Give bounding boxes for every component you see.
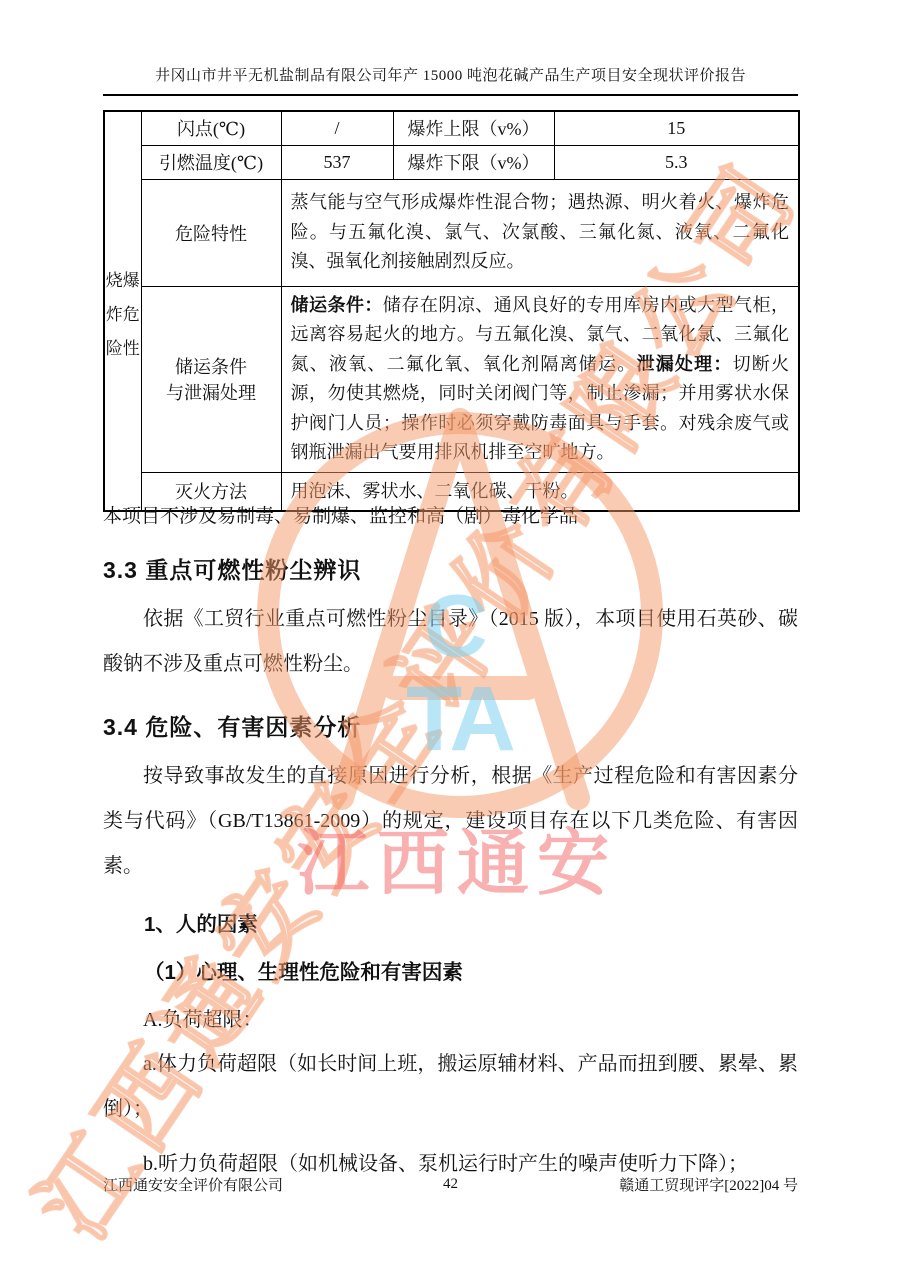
storage-bold-1: 储运条件： bbox=[291, 295, 383, 315]
flash-point-label: 闪点(℃) bbox=[141, 111, 281, 145]
ignition-temp-label: 引燃温度(℃) bbox=[141, 145, 281, 179]
storage-label: 储运条件 与泄漏处理 bbox=[141, 286, 281, 472]
table-row: 烧爆炸危险性 闪点(℃) / 爆炸上限（v%） 15 bbox=[104, 111, 799, 145]
upper-limit-value: 15 bbox=[554, 111, 799, 145]
footer-page-number: 42 bbox=[443, 1176, 458, 1193]
storage-bold-2: 泄漏处理： bbox=[636, 354, 732, 374]
hazard-label: 危险特性 bbox=[141, 179, 281, 286]
body-content: 本项目不涉及易制毒、易制爆、监控和高（剧）毒化学品 3.3 重点可燃性粉尘辨识 … bbox=[103, 504, 798, 1187]
flash-point-value: / bbox=[281, 111, 393, 145]
ignition-temp-value: 537 bbox=[281, 145, 393, 179]
page-header-title: 井冈山市井平无机盐制品有限公司年产 15000 吨泡花碱产品生产项目安全现状评价… bbox=[103, 64, 798, 85]
list-item-psych-physio: （1）心理、生理性危险和有害因素 bbox=[103, 955, 798, 985]
footer-doc-number: 赣通工贸现评字[2022]04 号 bbox=[458, 1174, 798, 1195]
upper-limit-label: 爆炸上限（v%） bbox=[393, 111, 554, 145]
section-heading-3-4: 3.4 危险、有害因素分析 bbox=[103, 709, 798, 742]
hazard-table: 烧爆炸危险性 闪点(℃) / 爆炸上限（v%） 15 引燃温度(℃) 537 爆… bbox=[103, 110, 800, 512]
table-row: 引燃温度(℃) 537 爆炸下限（v%） 5.3 bbox=[104, 145, 799, 179]
list-item-physical-overload: a.体力负荷超限（如长时间上班，搬运原辅材料、产品而扭到腰、累晕、累倒）； bbox=[103, 1042, 798, 1132]
lower-limit-label: 爆炸下限（v%） bbox=[393, 145, 554, 179]
list-item-human-factor: 1、人的因素 bbox=[103, 907, 798, 937]
report-page: 井冈山市井平无机盐制品有限公司年产 15000 吨泡花碱产品生产项目安全现状评价… bbox=[0, 0, 900, 1272]
paragraph-3-4: 按导致事故发生的直接原因进行分析，根据《生产过程危险和有害因素分类与代码》（GB… bbox=[103, 754, 798, 889]
footer-company: 江西通安安全评价有限公司 bbox=[103, 1174, 443, 1195]
section-heading-3-3: 3.3 重点可燃性粉尘辨识 bbox=[103, 552, 798, 585]
page-footer: 江西通安安全评价有限公司 42 赣通工贸现评字[2022]04 号 bbox=[103, 1174, 798, 1195]
list-item-overload: A.负荷超限： bbox=[103, 1003, 798, 1032]
lower-limit-value: 5.3 bbox=[554, 145, 799, 179]
paragraph-3-3: 依据《工贸行业重点可燃性粉尘目录》（2015 版），本项目使用石英砂、碳酸钠不涉… bbox=[103, 597, 798, 687]
storage-label-line2: 与泄漏处理 bbox=[146, 379, 277, 405]
table-row: 危险特性 蒸气能与空气形成爆炸性混合物；遇热源、明火着火、爆炸危险。与五氟化溴、… bbox=[104, 179, 799, 286]
side-label-cell: 烧爆炸危险性 bbox=[104, 111, 141, 511]
table-row: 储运条件 与泄漏处理 储运条件：储存在阴凉、通风良好的专用库房内或大型气柜，远离… bbox=[104, 286, 799, 472]
header-rule bbox=[103, 94, 798, 96]
note-below-table: 本项目不涉及易制毒、易制爆、监控和高（剧）毒化学品 bbox=[103, 504, 798, 530]
storage-text: 储运条件：储存在阴凉、通风良好的专用库房内或大型气柜，远离容易起火的地方。与五氟… bbox=[281, 286, 799, 472]
hazard-text: 蒸气能与空气形成爆炸性混合物；遇热源、明火着火、爆炸危险。与五氟化溴、氯气、次氯… bbox=[281, 179, 799, 286]
storage-label-line1: 储运条件 bbox=[146, 353, 277, 379]
